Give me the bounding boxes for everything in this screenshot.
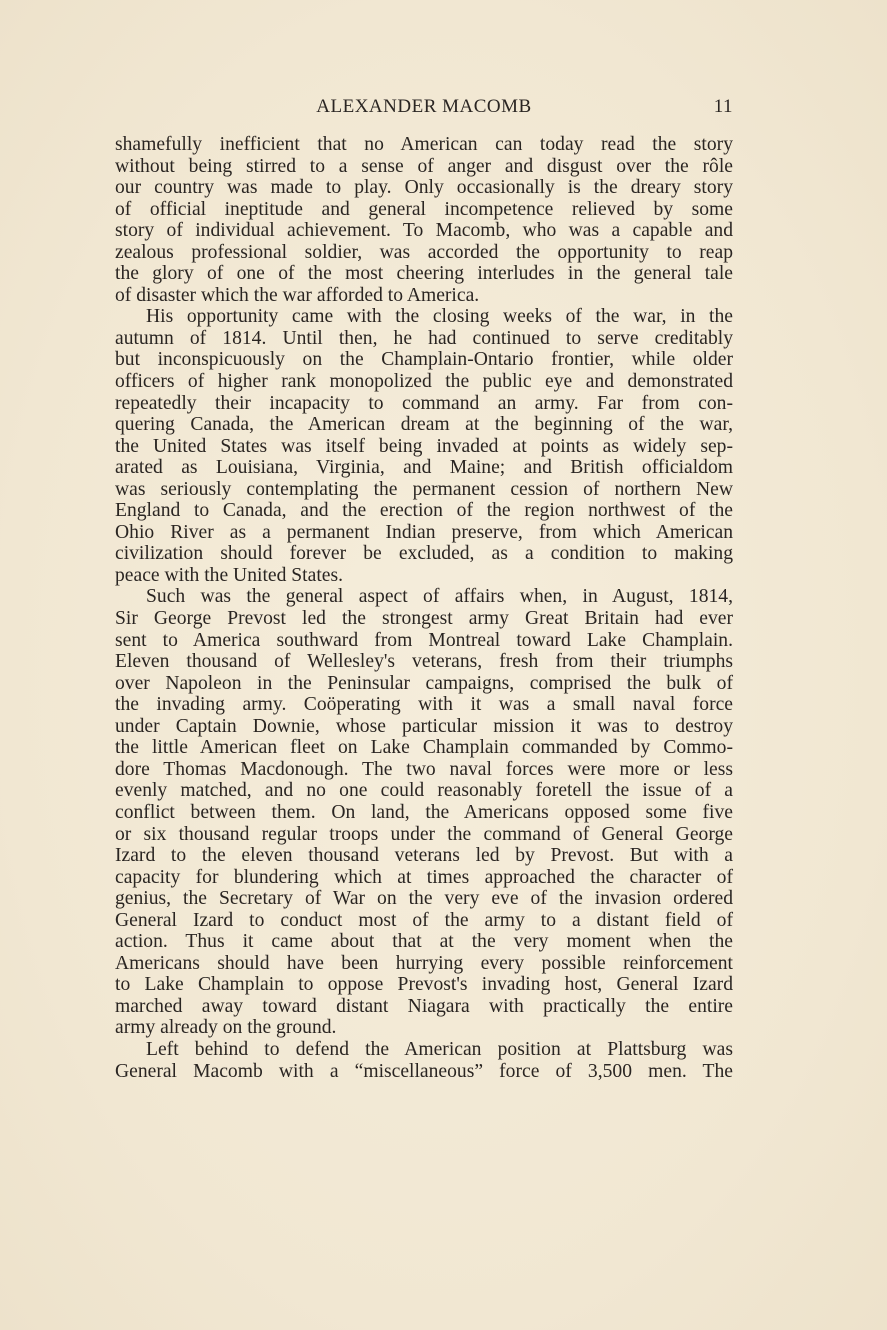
text-line: repeatedly their incapacity to command a… xyxy=(115,393,733,415)
text-line: marched away toward distant Niagara with… xyxy=(115,996,733,1018)
running-head: ALEXANDER MACOMB 11 xyxy=(115,96,733,122)
text-line: over Napoleon in the Peninsular campaign… xyxy=(115,673,733,695)
text-line: zealous professional soldier, was accord… xyxy=(115,242,733,264)
text-line: our country was made to play. Only occas… xyxy=(115,177,733,199)
text-line: or six thousand regular troops under the… xyxy=(115,824,733,846)
text-line: the United States was itself being invad… xyxy=(115,436,733,458)
text-line: Ohio River as a permanent Indian preserv… xyxy=(115,522,733,544)
text-line: civilization should forever be excluded,… xyxy=(115,543,733,565)
text-line: Izard to the eleven thousand veterans le… xyxy=(115,845,733,867)
text-line: peace with the United States. xyxy=(115,565,733,587)
text-line: General Macomb with a “miscellaneous” fo… xyxy=(115,1061,733,1083)
text-line: General Izard to conduct most of the arm… xyxy=(115,910,733,932)
text-line: His opportunity came with the closing we… xyxy=(115,306,733,328)
text-line: capacity for blundering which at times a… xyxy=(115,867,733,889)
text-line: arated as Louisiana, Virginia, and Maine… xyxy=(115,457,733,479)
text-line: of disaster which the war afforded to Am… xyxy=(115,285,733,307)
text-line: the invading army. Coöperating with it w… xyxy=(115,694,733,716)
text-line: evenly matched, and no one could reasona… xyxy=(115,780,733,802)
paragraph: Such was the general aspect of affairs w… xyxy=(115,586,733,1038)
text-line: Left behind to defend the American posit… xyxy=(115,1039,733,1061)
text-line: Eleven thousand of Wellesley's veterans,… xyxy=(115,651,733,673)
text-line: autumn of 1814. Until then, he had conti… xyxy=(115,328,733,350)
text-line: under Captain Downie, whose particular m… xyxy=(115,716,733,738)
text-line: was seriously contemplating the permanen… xyxy=(115,479,733,501)
text-line: of official ineptitude and general incom… xyxy=(115,199,733,221)
text-line: the glory of one of the most cheering in… xyxy=(115,263,733,285)
body-text: shamefully inefficient that no American … xyxy=(115,134,733,1082)
text-line: dore Thomas Macdonough. The two naval fo… xyxy=(115,759,733,781)
paragraph: Left behind to defend the American posit… xyxy=(115,1039,733,1082)
paragraph: His opportunity came with the closing we… xyxy=(115,306,733,586)
text-line: Sir George Prevost led the strongest arm… xyxy=(115,608,733,630)
text-line: conflict between them. On land, the Amer… xyxy=(115,802,733,824)
text-line: quering Canada, the American dream at th… xyxy=(115,414,733,436)
text-line: shamefully inefficient that no American … xyxy=(115,134,733,156)
text-line: England to Canada, and the erection of t… xyxy=(115,500,733,522)
text-line: genius, the Secretary of War on the very… xyxy=(115,888,733,910)
text-line: the little American fleet on Lake Champl… xyxy=(115,737,733,759)
text-line: Such was the general aspect of affairs w… xyxy=(115,586,733,608)
text-line: without being stirred to a sense of ange… xyxy=(115,156,733,178)
text-line: officers of higher rank monopolized the … xyxy=(115,371,733,393)
text-line: Americans should have been hurrying ever… xyxy=(115,953,733,975)
book-page: ALEXANDER MACOMB 11 shamefully inefficie… xyxy=(0,0,887,1330)
paragraph: shamefully inefficient that no American … xyxy=(115,134,733,306)
text-line: to Lake Champlain to oppose Prevost's in… xyxy=(115,974,733,996)
running-title: ALEXANDER MACOMB xyxy=(115,96,733,118)
text-line: action. Thus it came about that at the v… xyxy=(115,931,733,953)
text-line: but inconspicuously on the Champlain-Ont… xyxy=(115,349,733,371)
text-line: sent to America southward from Montreal … xyxy=(115,630,733,652)
text-line: story of individual achievement. To Maco… xyxy=(115,220,733,242)
text-line: army already on the ground. xyxy=(115,1017,733,1039)
page-number: 11 xyxy=(714,96,733,118)
